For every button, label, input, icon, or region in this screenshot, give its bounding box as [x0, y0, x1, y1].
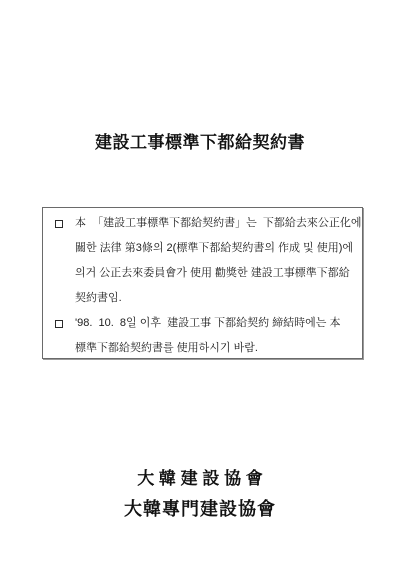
- notice-box: 本 「建設工事標準下都給契約書」는 下都給去來公正化에 關한 法律 第3條의 2…: [42, 207, 363, 359]
- notice-line: 關한 法律 第3條의 2(標準下都給契約書의 作成 및 使用)에: [75, 236, 356, 261]
- square-bullet-icon: [55, 220, 63, 228]
- notice-line: 契約書임.: [75, 286, 356, 311]
- notice-line: 의거 公正去來委員會가 使用 勸獎한 建設工事標準下都給: [75, 261, 356, 286]
- notice-line: 本 「建設工事標準下都給契約書」는 下都給去來公正化에: [75, 211, 356, 236]
- page-title: 建設工事標準下都給契約書: [0, 128, 400, 153]
- organization-name-secondary: 大韓專門建設協會: [0, 495, 400, 521]
- notice-line: 標準下都給契約書를 使用하시기 바람.: [75, 336, 356, 361]
- document-page: 建設工事標準下都給契約書 本 「建設工事標準下都給契約書」는 下都給去來公正化에…: [0, 0, 400, 565]
- organization-name-primary: 大 韓 建 設 協 會: [0, 464, 400, 489]
- square-bullet-icon: [55, 320, 63, 328]
- notice-item: '98. 10. 8일 이후 建設工事 下都給契約 締結時에는 本 標準下都給契…: [55, 311, 356, 361]
- notice-line: '98. 10. 8일 이후 建設工事 下都給契約 締結時에는 本: [75, 311, 356, 336]
- notice-item: 本 「建設工事標準下都給契約書」는 下都給去來公正化에 關한 法律 第3條의 2…: [55, 211, 356, 311]
